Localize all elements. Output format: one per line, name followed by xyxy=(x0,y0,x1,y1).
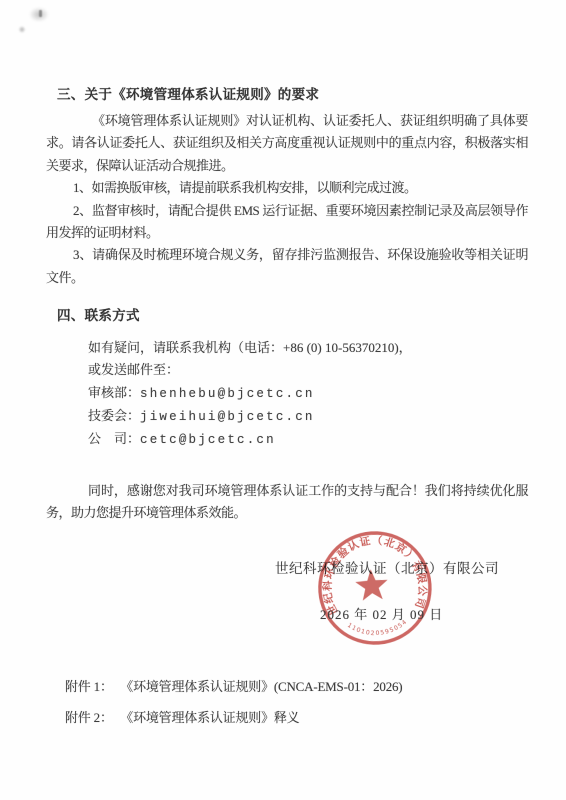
section-4-heading: 四、联系方式 xyxy=(57,304,140,324)
attachment-2-title: 《环境管理体系认证规则》释义 xyxy=(127,710,300,725)
requirement-item-2: 2、监督审核时，请配合提供 EMS 运行证据、重要环境因素控制记录及高层领导作用… xyxy=(46,200,528,245)
attachment-2-line: 附件 2：《环境管理体系认证规则》释义 xyxy=(65,710,402,725)
contact-email: shenhebu@bjcetc.cn xyxy=(140,387,315,401)
requirement-item-3: 3、请确保及时梳理环境合规义务，留存排污监测报告、环保设施验收等相关证明文件。 xyxy=(46,244,528,289)
seal-star-icon xyxy=(354,568,388,601)
contact-email: jiweihui@bjcetc.cn xyxy=(140,410,315,424)
contact-line-company: 公 司：cetc@bjcetc.cn xyxy=(88,428,412,451)
contact-phone-line: 如有疑问，请联系我机构（电话：+86 (0) 10-56370210)， xyxy=(88,337,412,359)
attachment-2-label: 附件 2： xyxy=(65,710,113,725)
contact-mail-intro-line: 或发送邮件至： xyxy=(88,359,412,381)
closing-paragraph: 同时，感谢您对我司环境管理体系认证工作的支持与配合！我们将持续优化服务，助力您提… xyxy=(46,480,528,525)
attachments-block: 附件 1：《环境管理体系认证规则》(CNCA-EMS-01：2026) 附件 2… xyxy=(65,679,402,741)
signature-date: 2026 年 02 月 09 日 xyxy=(320,604,443,623)
company-seal-stamp: 世纪科环检验认证（北京）有限公司 1101020595054 xyxy=(310,522,440,656)
contact-line-tech-committee: 技委会：jiweihui@bjcetc.cn xyxy=(88,405,412,428)
contact-label: 审核部： xyxy=(88,385,140,400)
section-3-heading: 三、关于《环境管理体系认证规则》的要求 xyxy=(57,83,319,103)
attachment-1-title: 《环境管理体系认证规则》(CNCA-EMS-01：2026) xyxy=(127,679,403,694)
contact-label: 公 司： xyxy=(88,431,140,446)
attachment-1-line: 附件 1：《环境管理体系认证规则》(CNCA-EMS-01：2026) xyxy=(65,679,402,694)
contact-email: cetc@bjcetc.cn xyxy=(140,433,276,447)
scan-smudge xyxy=(18,26,26,33)
requirement-item-1: 1、如需换版审核，请提前联系我机构安排，以顺利完成过渡。 xyxy=(46,177,528,199)
attachment-1-label: 附件 1： xyxy=(65,679,113,694)
contact-block: 如有疑问，请联系我机构（电话：+86 (0) 10-56370210)， 或发送… xyxy=(88,337,412,451)
contact-line-audit-dept: 审核部：shenhebu@bjcetc.cn xyxy=(88,382,412,405)
scanned-letter-page: 三、关于《环境管理体系认证规则》的要求 《环境管理体系认证规则》对认证机构、认证… xyxy=(0,0,566,800)
section-3-body: 《环境管理体系认证规则》对认证机构、认证委托人、获证组织明确了具体要求。请各认证… xyxy=(46,110,528,289)
contact-label: 技委会： xyxy=(88,408,140,423)
section-3-intro-paragraph: 《环境管理体系认证规则》对认证机构、认证委托人、获证组织明确了具体要求。请各认证… xyxy=(46,110,528,177)
scan-smudge xyxy=(39,10,42,17)
